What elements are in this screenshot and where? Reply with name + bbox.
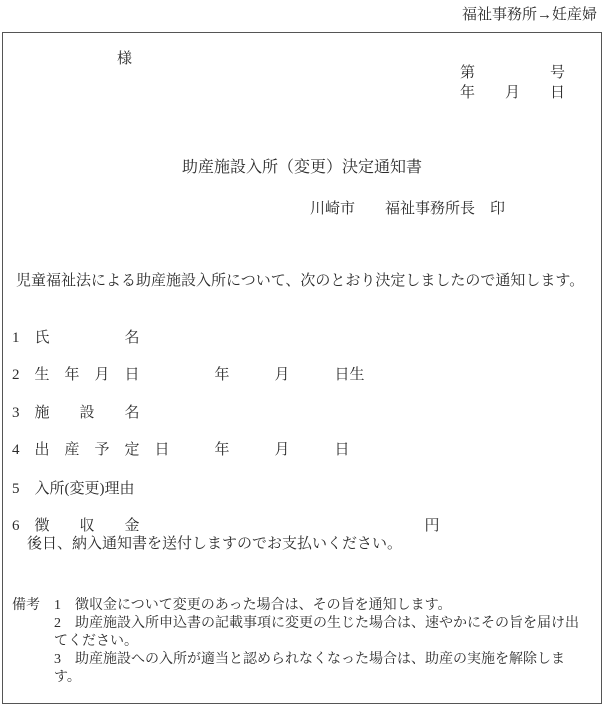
field-name: 1 氏 名 — [12, 329, 140, 347]
remark-line-3-continuation: す。 — [54, 670, 81, 687]
doc-number-line: 第 号 — [460, 64, 565, 82]
field-collection-fee: 6 徴 収 金 円 — [12, 517, 440, 535]
field-birthdate: 2 生 年 月 日 年 月 日生 — [12, 366, 365, 384]
routing-label: 福祉事務所→妊産婦 — [462, 3, 597, 24]
remark-line-1: 1 徴収金について変更のあった場合は、その旨を通知します。 — [54, 598, 451, 615]
remark-line-3: 3 助産施設への入所が適当と認められなくなった場合は、助産の実施を解除しま — [54, 652, 565, 669]
issuer-seal-line: 川崎市 福祉事務所長 印 — [310, 200, 505, 218]
field-facility-name: 3 施 設 名 — [12, 404, 140, 422]
remark-line-2-continuation: てください。 — [54, 634, 138, 651]
field-admission-change-reason: 5 入所(変更)理由 — [12, 480, 135, 498]
remark-line-2: 2 助産施設入所申込書の記載事項に変更の生じた場合は、速やかにその旨を届け出 — [54, 616, 579, 633]
body-paragraph: 児童福祉法による助産施設入所について、次のとおり決定しましたので通知します。 — [16, 272, 584, 290]
document-title: 助産施設入所（変更）決定通知書 — [3, 154, 601, 177]
issue-date-line: 年 月 日 — [460, 84, 565, 102]
document-border-box: 様 第 号 年 月 日 助産施設入所（変更）決定通知書 川崎市 福祉事務所長 印… — [2, 32, 602, 704]
field-expected-delivery-date: 4 出 産 予 定 日 年 月 日 — [12, 441, 350, 459]
remarks-label: 備考 — [12, 598, 40, 615]
addressee-suffix: 様 — [117, 50, 132, 68]
payment-note: 後日、納入通知書を送付しますのでお支払いください。 — [27, 535, 402, 553]
notification-document: 福祉事務所→妊産婦 様 第 号 年 月 日 助産施設入所（変更）決定通知書 川崎… — [0, 0, 605, 710]
